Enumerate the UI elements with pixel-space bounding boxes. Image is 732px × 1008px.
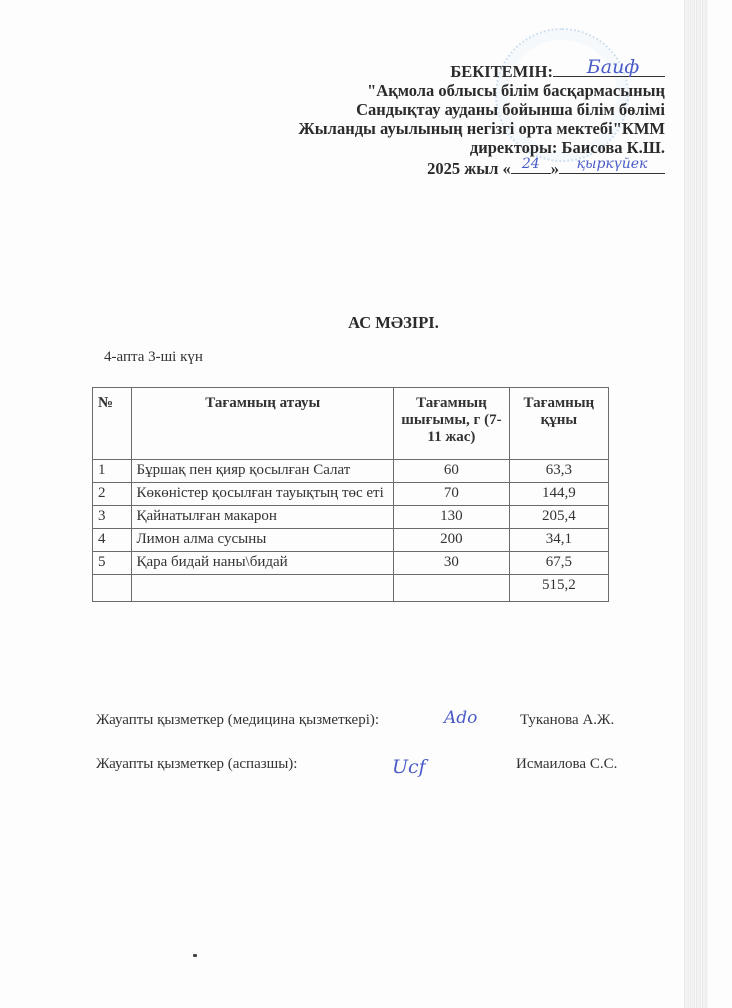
table-row: 3 Қайнатылған макарон 130 205,4 [93,506,609,529]
total-no [93,575,132,602]
row-yield: 30 [394,552,510,575]
table-row: 4 Лимон алма сусыны 200 34,1 [93,529,609,552]
org-line-2: Сандықтау ауданы бойынша білім бөлімі [298,100,665,119]
director-name: директоры: Баисова К.Ш. [298,138,665,157]
director-signature: Баиф [561,59,665,75]
date-month: қыркүйек [559,156,665,172]
row-yield: 200 [394,529,510,552]
responsible-cook: Жауапты қызметкер (аспазшы): Ucf Исмаило… [96,756,297,773]
responsible-person: Туканова А.Ж. [520,712,614,729]
date-month-blank: қыркүйек [559,157,665,174]
header-name: Тағамның атауы [132,388,394,460]
approval-line: БЕКІТЕМІН:Баиф [298,60,665,81]
date-day-blank: 24 [511,157,551,174]
table-row: 5 Қара бидай наны\бидай 30 67,5 [93,552,609,575]
header-no: № [93,388,132,460]
responsible-role: Жауапты қызметкер (медицина қызметкері): [96,712,379,728]
total-price: 515,2 [509,575,608,602]
menu-table: № Тағамның атауы Тағамның шығымы, г (7-1… [92,387,609,602]
document-page: БЕКІТЕМІН:Баиф "Ақмола облысы білім басқ… [0,0,732,1008]
approval-block: БЕКІТЕМІН:Баиф "Ақмола облысы білім басқ… [298,60,665,178]
org-line-1: "Ақмола облысы білім басқармасының [298,81,665,100]
total-name [132,575,394,602]
table-row: 1 Бұршақ пен қияр қосылған Салат 60 63,3 [93,460,609,483]
responsible-medical: Жауапты қызметкер (медицина қызметкері):… [96,712,379,729]
scan-edge-noise [684,0,708,1008]
row-no: 5 [93,552,132,575]
row-name: Лимон алма сусыны [132,529,394,552]
row-yield: 60 [394,460,510,483]
approval-date: 2025 жыл «24»қыркүйек [298,157,665,178]
row-yield: 70 [394,483,510,506]
table-row: 2 Көкөністер қосылған тауықтың төс еті 7… [93,483,609,506]
header-price: Тағамның құны [509,388,608,460]
row-no: 1 [93,460,132,483]
date-prefix: 2025 жыл « [427,159,511,178]
row-price: 67,5 [509,552,608,575]
responsible-signature: Ado [444,708,477,728]
responsible-role: Жауапты қызметкер (аспазшы): [96,756,297,772]
row-price: 205,4 [509,506,608,529]
total-row: 515,2 [93,575,609,602]
scan-speck [193,954,197,957]
signature-blank: Баиф [553,60,665,77]
header-yield: Тағамның шығымы, г (7-11 жас) [394,388,510,460]
org-line-3: Жыланды ауылының негізгі орта мектебі"КМ… [298,119,665,138]
page-title: АС МӘЗІРІ. [0,313,732,333]
row-price: 144,9 [509,483,608,506]
row-yield: 130 [394,506,510,529]
approval-label: БЕКІТЕМІН: [450,62,553,81]
row-no: 2 [93,483,132,506]
row-name: Қара бидай наны\бидай [132,552,394,575]
page-subtitle: 4-апта 3-ші күн [104,349,203,366]
table-header-row: № Тағамның атауы Тағамның шығымы, г (7-1… [93,388,609,460]
row-name: Бұршақ пен қияр қосылған Салат [132,460,394,483]
total-yield [394,575,510,602]
date-mid: » [551,159,559,178]
row-price: 34,1 [509,529,608,552]
row-name: Қайнатылған макарон [132,506,394,529]
date-day: 24 [511,156,551,172]
row-no: 4 [93,529,132,552]
responsible-signature: Ucf [392,756,426,778]
row-no: 3 [93,506,132,529]
row-price: 63,3 [509,460,608,483]
row-name: Көкөністер қосылған тауықтың төс еті [132,483,394,506]
responsible-person: Исмаилова С.С. [516,756,617,773]
